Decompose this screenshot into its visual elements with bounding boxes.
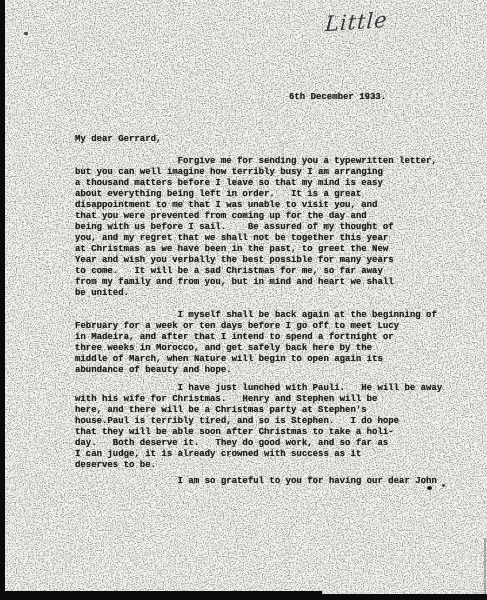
letter-paragraph-2: I myself shall be back again at the begi…	[75, 310, 437, 376]
scan-bottom-edge-bar-left	[0, 591, 322, 600]
handwritten-annotation: Little	[324, 8, 388, 37]
ink-speck-right	[442, 484, 445, 487]
letter-paragraph-3: I have just lunched with Pauli. He will …	[75, 383, 442, 471]
letter-date: 6th December 1933.	[289, 92, 386, 103]
letter-salutation: My dear Gerrard,	[75, 134, 161, 145]
scan-right-edge-line	[484, 538, 486, 600]
letter-paragraph-1: Forgive me for sending you a typewritten…	[75, 156, 437, 299]
scan-bottom-edge-bar-right	[322, 594, 487, 600]
scanned-letter-page: Little 6th December 1933. My dear Gerrar…	[0, 0, 487, 600]
scan-left-edge-bar	[0, 0, 5, 600]
scan-noise-texture	[0, 0, 487, 600]
ink-speck-top-left	[24, 32, 28, 35]
letter-paragraph-4: I am so grateful to you for having our d…	[75, 476, 437, 487]
